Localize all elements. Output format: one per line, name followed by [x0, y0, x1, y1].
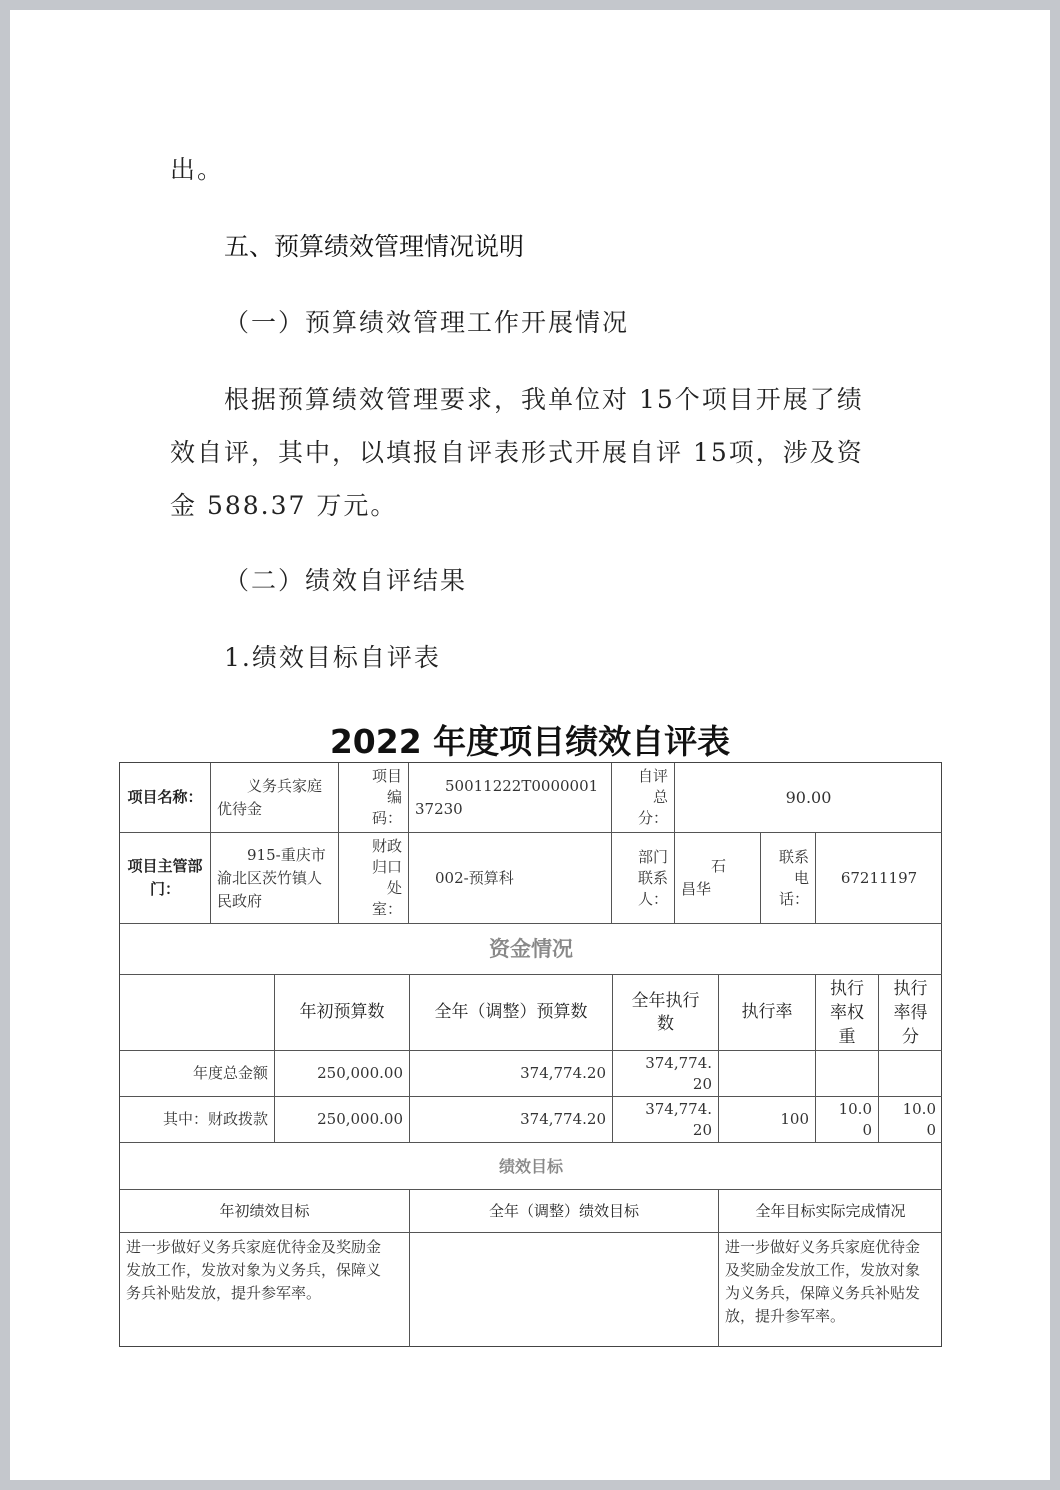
funds-row-total-score: [879, 1051, 942, 1097]
table-title: 2022 年度项目绩效自评表: [10, 722, 1050, 762]
line-continuation: 出。: [170, 155, 224, 185]
phone-value: 67211197: [816, 833, 942, 924]
dept-value: 915-重庆市渝北区茨竹镇人民政府: [211, 833, 339, 924]
goals-actual-text: 进一步做好义务兵家庭优待金及奖励金发放工作，发放对象为义务兵，保障义务兵补贴发放…: [719, 1233, 942, 1347]
project-name-value: 义务兵家庭优待金: [211, 763, 339, 833]
sub-heading-1: （一）预算绩效管理工作开展情况: [224, 308, 629, 338]
section-heading: 五、预算绩效管理情况说明: [224, 232, 524, 262]
funds-row-fiscal-adjusted: 374,774.20: [410, 1097, 613, 1143]
funds-row-total-executed: 374,774.20: [613, 1051, 719, 1097]
paragraph-line-3: 金 588.37 万元。: [170, 491, 397, 521]
funds-row-fiscal-weight: 10.00: [816, 1097, 879, 1143]
item-1-heading: 1.绩效目标自评表: [224, 643, 441, 673]
performance-table: 项目名称： 义务兵家庭优待金 项目编码： 50011222T0000001372…: [119, 762, 942, 1347]
funds-header-blank: [120, 975, 275, 1051]
goals-section-header: 绩效目标: [120, 1143, 942, 1190]
funds-row-fiscal-score: 10.00: [879, 1097, 942, 1143]
goals-header-actual: 全年目标实际完成情况: [719, 1190, 942, 1233]
funds-row-total-initial: 250,000.00: [275, 1051, 410, 1097]
funds-header-initial-budget: 年初预算数: [275, 975, 410, 1051]
sub-heading-2: （二）绩效自评结果: [224, 566, 467, 596]
finance-dept-value: 002-预算科: [409, 833, 612, 924]
project-code-value: 50011222T000000137230: [409, 763, 612, 833]
phone-label: 联系电话：: [761, 833, 816, 924]
paragraph-line-1: 根据预算绩效管理要求，我单位对 15个项目开展了绩: [224, 385, 864, 415]
goals-header-adjusted: 全年（调整）绩效目标: [410, 1190, 719, 1233]
funds-row-fiscal-executed: 374,774.20: [613, 1097, 719, 1143]
funds-header-adjusted-budget: 全年（调整）预算数: [410, 975, 613, 1051]
project-name-label: 项目名称：: [120, 763, 211, 833]
funds-row-fiscal-rate: 100: [719, 1097, 816, 1143]
paragraph-line-2: 效自评，其中，以填报自评表形式开展自评 15项，涉及资: [170, 438, 864, 468]
contact-value: 石昌华: [675, 833, 761, 924]
score-label: 自评总分：: [612, 763, 675, 833]
goals-adjusted-text: [410, 1233, 719, 1347]
funds-header-executed: 全年执行数: [613, 975, 719, 1051]
goals-header-initial: 年初绩效目标: [120, 1190, 410, 1233]
funds-section-header: 资金情况: [120, 924, 942, 975]
score-value: 90.00: [675, 763, 942, 833]
funds-row-total-label: 年度总金额: [120, 1051, 275, 1097]
funds-row-fiscal-initial: 250,000.00: [275, 1097, 410, 1143]
funds-row-total-weight: [816, 1051, 879, 1097]
goals-initial-text: 进一步做好义务兵家庭优待金及奖励金发放工作，发放对象为义务兵，保障义务兵补贴发放…: [120, 1233, 410, 1347]
funds-row-total-rate: [719, 1051, 816, 1097]
document-page: 出。 五、预算绩效管理情况说明 （一）预算绩效管理工作开展情况 根据预算绩效管理…: [10, 10, 1050, 1480]
funds-row-fiscal-label: 其中：财政拨款: [120, 1097, 275, 1143]
funds-header-score: 执行率得分: [879, 975, 942, 1051]
funds-header-weight: 执行率权重: [816, 975, 879, 1051]
finance-dept-label: 财政归口处室：: [339, 833, 409, 924]
funds-header-exec-rate: 执行率: [719, 975, 816, 1051]
funds-row-total-adjusted: 374,774.20: [410, 1051, 613, 1097]
contact-label: 部门联系人：: [612, 833, 675, 924]
project-code-label: 项目编码：: [339, 763, 409, 833]
dept-label: 项目主管部门：: [120, 833, 211, 924]
